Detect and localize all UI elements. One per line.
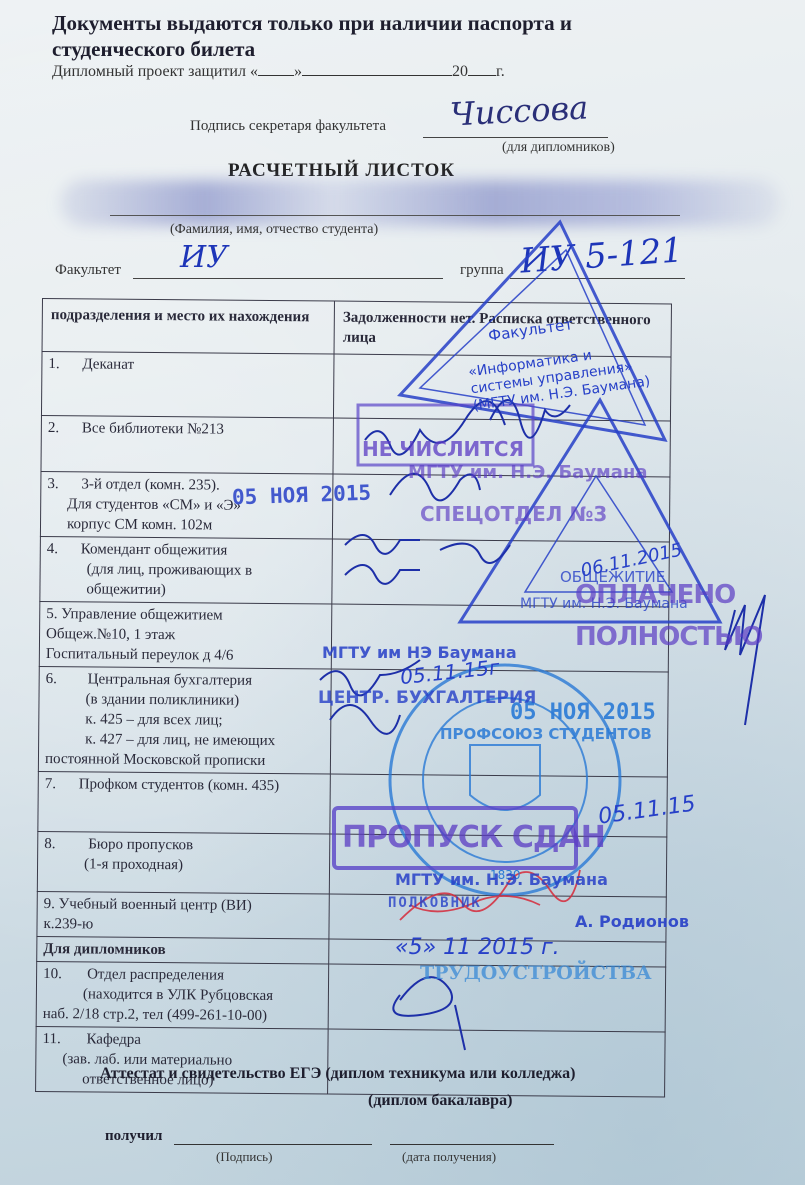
date-caption: (дата получения): [402, 1149, 496, 1165]
received-date-field[interactable]: [390, 1144, 554, 1145]
received-signature-field[interactable]: [174, 1144, 372, 1145]
footer-title: Аттестат и свидетельство ЕГЭ (диплом тех…: [100, 1065, 576, 1083]
signature-caption: (Подпись): [216, 1149, 272, 1165]
pass-stamp-frame: [334, 808, 576, 868]
received-label: получил: [105, 1128, 162, 1145]
union-round-stamp: [390, 665, 620, 895]
footer-subtitle: (диплом бакалавра): [368, 1092, 512, 1110]
dorm-triangle-stamp: [460, 400, 720, 622]
signature-scribbles: [320, 400, 765, 1050]
stamps-layer: [0, 0, 805, 1185]
